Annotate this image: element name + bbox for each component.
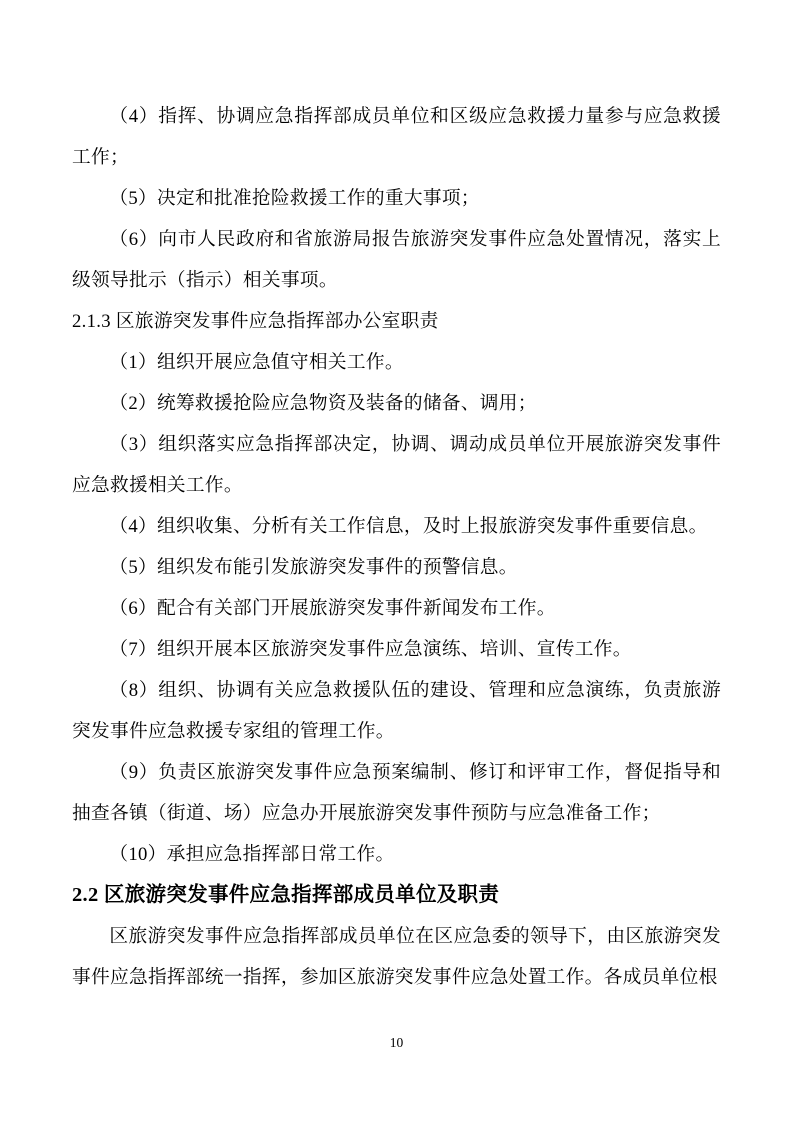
section-heading-2-1-3: 2.1.3 区旅游突发事件应急指挥部办公室职责 bbox=[72, 301, 721, 342]
list-item-paragraph: （2）统筹救援抢险应急物资及装备的储备、调用； bbox=[72, 383, 721, 424]
list-item-paragraph: （10）承担应急指挥部日常工作。 bbox=[72, 834, 721, 875]
list-item-paragraph: （5）决定和批准抢险救援工作的重大事项； bbox=[72, 178, 721, 219]
list-item-paragraph: （9）负责区旅游突发事件应急预案编制、修订和评审工作，督促指导和抽查各镇（街道、… bbox=[72, 752, 721, 834]
list-item-paragraph: （7）组织开展本区旅游突发事件应急演练、培训、宣传工作。 bbox=[72, 629, 721, 670]
list-item-paragraph: （4）组织收集、分析有关工作信息，及时上报旅游突发事件重要信息。 bbox=[72, 506, 721, 547]
page-number: 10 bbox=[0, 1034, 793, 1052]
document-content: （4）指挥、协调应急指挥部成员单位和区级应急救援力量参与应急救援工作； （5）决… bbox=[72, 96, 721, 998]
list-item-paragraph: （6）向市人民政府和省旅游局报告旅游突发事件应急处置情况，落实上级领导批示（指示… bbox=[72, 219, 721, 301]
list-item-paragraph: （1）组织开展应急值守相关工作。 bbox=[72, 342, 721, 383]
list-item-paragraph: （4）指挥、协调应急指挥部成员单位和区级应急救援力量参与应急救援工作； bbox=[72, 96, 721, 178]
list-item-paragraph: （8）组织、协调有关应急救援队伍的建设、管理和应急演练，负责旅游突发事件应急救援… bbox=[72, 670, 721, 752]
list-item-paragraph: （6）配合有关部门开展旅游突发事件新闻发布工作。 bbox=[72, 588, 721, 629]
list-item-paragraph: （3）组织落实应急指挥部决定，协调、调动成员单位开展旅游突发事件应急救援相关工作… bbox=[72, 424, 721, 506]
section-heading-2-2: 2.2 区旅游突发事件应急指挥部成员单位及职责 bbox=[72, 875, 721, 916]
document-page: （4）指挥、协调应急指挥部成员单位和区级应急救援力量参与应急救援工作； （5）决… bbox=[0, 0, 793, 1122]
list-item-paragraph: （5）组织发布能引发旅游突发事件的预警信息。 bbox=[72, 547, 721, 588]
body-paragraph: 区旅游突发事件应急指挥部成员单位在区应急委的领导下，由区旅游突发事件应急指挥部统… bbox=[72, 916, 721, 998]
